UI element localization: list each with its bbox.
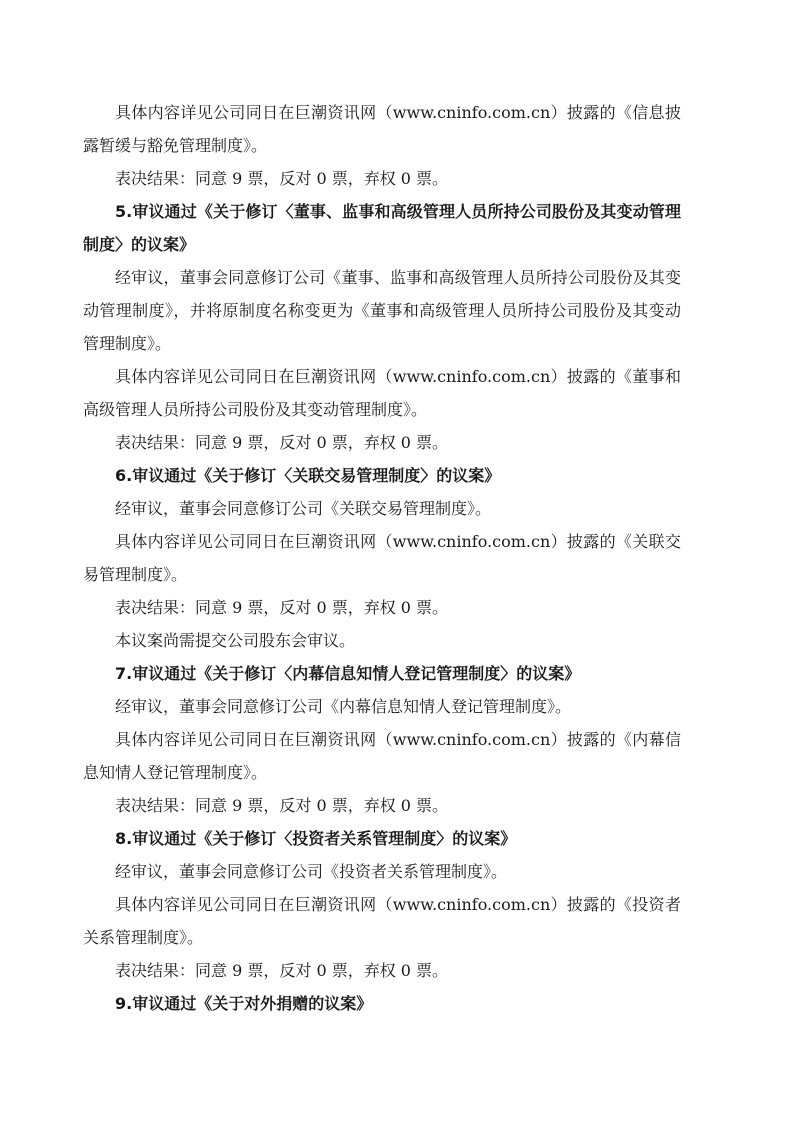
paragraph-vote-result-item4: 表决结果：同意 9 票，反对 0 票，弃权 0 票。	[83, 162, 681, 195]
paragraph-disclosure-info-suspension: 具体内容详见公司同日在巨潮资讯网（www.cninfo.com.cn）披露的《信…	[83, 96, 681, 162]
section-heading-item5: 5.审议通过《关于修订〈董事、监事和高级管理人员所持公司股份及其变动管理制度〉的…	[83, 195, 681, 261]
paragraph-item7-review: 经审议，董事会同意修订公司《内幕信息知情人登记管理制度》。	[83, 690, 681, 723]
paragraph-vote-result-item6: 表决结果：同意 9 票，反对 0 票，弃权 0 票。	[83, 591, 681, 624]
paragraph-item7-disclosure: 具体内容详见公司同日在巨潮资讯网（www.cninfo.com.cn）披露的《内…	[83, 723, 681, 789]
paragraph-item8-disclosure: 具体内容详见公司同日在巨潮资讯网（www.cninfo.com.cn）披露的《投…	[83, 888, 681, 954]
paragraph-item6-review: 经审议，董事会同意修订公司《关联交易管理制度》。	[83, 492, 681, 525]
paragraph-vote-result-item8: 表决结果：同意 9 票，反对 0 票，弃权 0 票。	[83, 954, 681, 987]
section-heading-item7: 7.审议通过《关于修订〈内幕信息知情人登记管理制度〉的议案》	[83, 657, 681, 690]
section-heading-item9: 9.审议通过《关于对外捐赠的议案》	[83, 987, 681, 1020]
paragraph-item5-review: 经审议，董事会同意修订公司《董事、监事和高级管理人员所持公司股份及其变动管理制度…	[83, 261, 681, 360]
paragraph-item8-review: 经审议，董事会同意修订公司《投资者关系管理制度》。	[83, 855, 681, 888]
section-heading-item6: 6.审议通过《关于修订〈关联交易管理制度〉的议案》	[83, 459, 681, 492]
paragraph-vote-result-item7: 表决结果：同意 9 票，反对 0 票，弃权 0 票。	[83, 789, 681, 822]
paragraph-item5-disclosure: 具体内容详见公司同日在巨潮资讯网（www.cninfo.com.cn）披露的《董…	[83, 360, 681, 426]
paragraph-item6-disclosure: 具体内容详见公司同日在巨潮资讯网（www.cninfo.com.cn）披露的《关…	[83, 525, 681, 591]
paragraph-item6-shareholder-note: 本议案尚需提交公司股东会审议。	[83, 624, 681, 657]
paragraph-vote-result-item5: 表决结果：同意 9 票，反对 0 票，弃权 0 票。	[83, 426, 681, 459]
document-page: 具体内容详见公司同日在巨潮资讯网（www.cninfo.com.cn）披露的《信…	[0, 0, 793, 1122]
section-heading-item8: 8.审议通过《关于修订〈投资者关系管理制度〉的议案》	[83, 822, 681, 855]
